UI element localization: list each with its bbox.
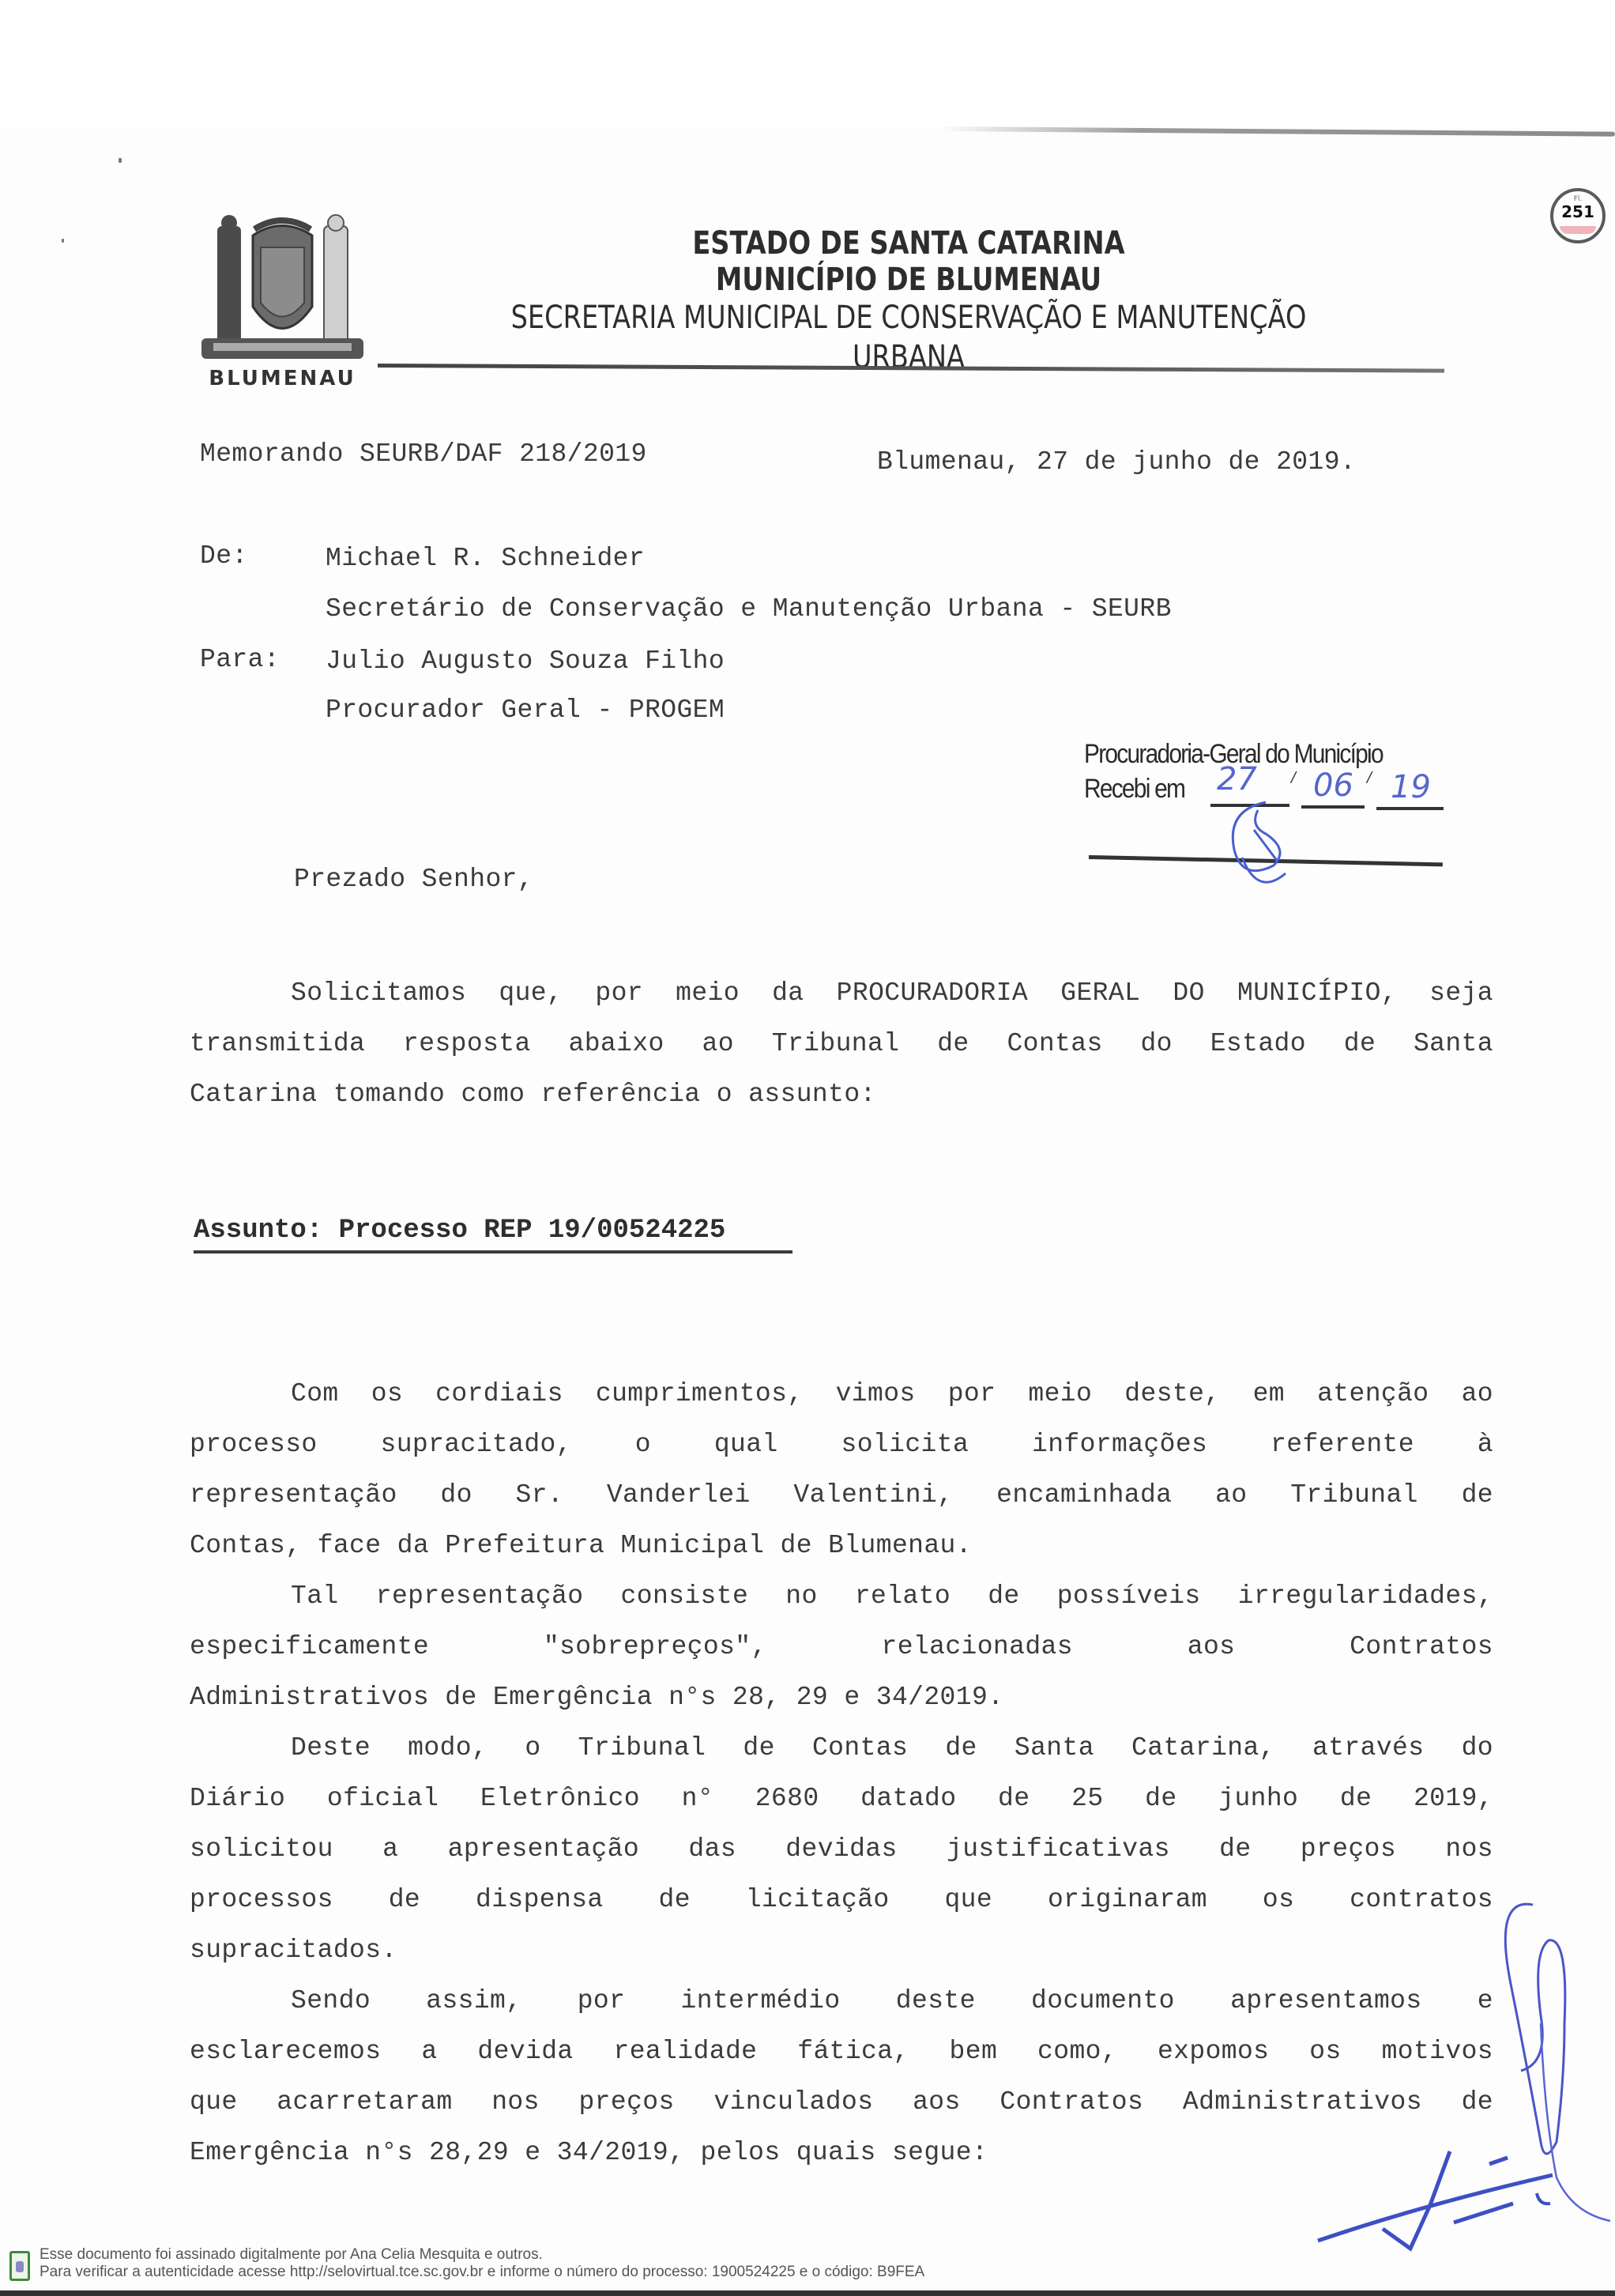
- paragraph-line: solicitou a apresentação das devidas jus…: [190, 1824, 1493, 1875]
- receipt-month-line: [1301, 805, 1365, 809]
- receipt-initials-icon: [1210, 786, 1305, 897]
- paragraph-4: Sendo assim, por intermédio deste docume…: [190, 1976, 1493, 2178]
- paragraph-line: Sendo assim, por intermédio deste docume…: [190, 1976, 1493, 2026]
- memo-place-date: Blumenau, 27 de junho de 2019.: [877, 447, 1356, 477]
- receipt-stamp: Procuradoria-Geral do Município Recebi e…: [1084, 739, 1455, 897]
- intro-paragraph: Solicitamos que, por meio da PROCURADORI…: [190, 968, 1493, 1120]
- paragraph-line: Administrativos de Emergência n°s 28, 29…: [190, 1672, 1493, 1723]
- paragraph-1: Com os cordiais cumprimentos, vimos por …: [190, 1369, 1493, 1571]
- receipt-year: 19: [1391, 769, 1431, 805]
- digital-signature-seal-icon: [9, 2251, 30, 2281]
- paragraph-2: Tal representação consiste no relato de …: [190, 1571, 1493, 1723]
- paragraph-line: Solicitamos que, por meio da PROCURADORI…: [190, 968, 1493, 1019]
- greeting: Prezado Senhor,: [294, 865, 533, 894]
- logo-caption: BLUMENAU: [198, 367, 367, 390]
- footer-signed-by: Esse documento foi assinado digitalmente…: [40, 2246, 924, 2264]
- paragraph-line: transmitida resposta abaixo ao Tribunal …: [190, 1019, 1493, 1069]
- paragraph-line: esclarecemos a devida realidade fática, …: [190, 2026, 1493, 2077]
- digital-signature-notice: Esse documento foi assinado digitalmente…: [40, 2246, 924, 2281]
- paragraph-3: Deste modo, o Tribunal de Contas de Sant…: [190, 1723, 1493, 1976]
- to-name: Julio Augusto Souza Filho: [326, 647, 725, 676]
- from-name: Michael R. Schneider: [326, 544, 645, 573]
- paragraph-line: supracitados.: [190, 1925, 1493, 1976]
- from-title: Secretário de Conservação e Manutenção U…: [326, 594, 1172, 624]
- footer-verification: Para verificar a autenticidade acesse ht…: [40, 2264, 924, 2281]
- memo-reference: Memorando SEURB/DAF 218/2019: [200, 439, 647, 469]
- paragraph-line: Diário oficial Eletrônico n° 2680 datado…: [190, 1774, 1493, 1824]
- paragraph-line: Emergência n°s 28,29 e 34/2019, pelos qu…: [190, 2128, 1493, 2178]
- to-title: Procurador Geral - PROGEM: [326, 696, 725, 725]
- receipt-slash: /: [1291, 769, 1296, 786]
- paragraph-line: que acarretaram nos preços vinculados ao…: [190, 2077, 1493, 2128]
- receipt-slash: /: [1367, 769, 1372, 786]
- handwritten-signature-icon: [1304, 1881, 1615, 2276]
- paragraph-line: Com os cordiais cumprimentos, vimos por …: [190, 1369, 1493, 1419]
- letterhead-municipality: MUNICÍPIO DE BLUMENAU: [464, 262, 1353, 298]
- coat-of-arms-icon: [198, 212, 367, 370]
- page-number-stamp: Fl. 251: [1550, 188, 1606, 243]
- paragraph-line: Catarina tomando como referência o assun…: [190, 1069, 1493, 1120]
- paragraph-line: processo supracitado, o qual solicita in…: [190, 1419, 1493, 1470]
- receipt-month: 06: [1313, 767, 1353, 804]
- paragraph-line: Deste modo, o Tribunal de Contas de Sant…: [190, 1723, 1493, 1774]
- paragraph-line: representação do Sr. Vanderlei Valentini…: [190, 1470, 1493, 1521]
- subject-line: Assunto: Processo REP 19/00524225: [194, 1216, 725, 1246]
- blumenau-coat-of-arms: BLUMENAU: [198, 212, 367, 394]
- receipt-year-line: [1376, 807, 1444, 810]
- to-label: Para:: [200, 645, 280, 674]
- stamp-rubric: [1560, 226, 1596, 234]
- paragraph-line: processos de dispensa de licitação que o…: [190, 1875, 1493, 1925]
- paragraph-line: Contas, face da Prefeitura Municipal de …: [190, 1521, 1493, 1571]
- letterhead: ESTADO DE SANTA CATARINA MUNICÍPIO DE BL…: [464, 225, 1353, 377]
- scan-speck: [119, 158, 122, 163]
- receipt-label: Recebi em: [1084, 774, 1184, 805]
- paragraph-line: especificamente "sobrepreços", relaciona…: [190, 1622, 1493, 1672]
- scan-speck: [62, 239, 64, 243]
- from-label: De:: [200, 541, 248, 571]
- page-stamp-number: 251: [1553, 204, 1602, 220]
- paragraph-line: Tal representação consiste no relato de …: [190, 1571, 1493, 1622]
- subject-underline: [194, 1250, 792, 1254]
- letterhead-state: ESTADO DE SANTA CATARINA: [464, 225, 1353, 262]
- footer-bar: [0, 2290, 1615, 2296]
